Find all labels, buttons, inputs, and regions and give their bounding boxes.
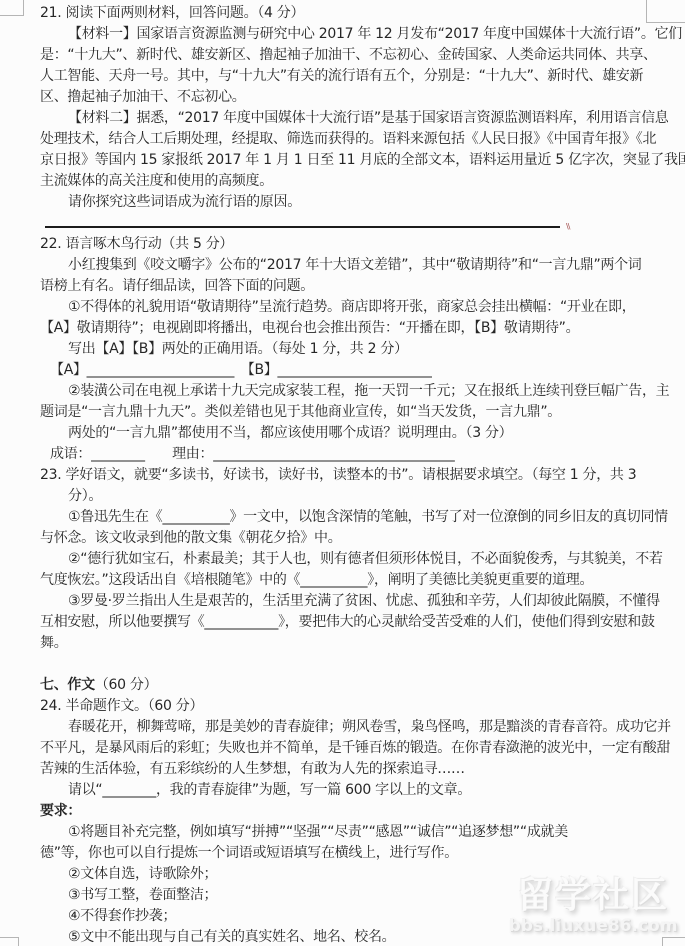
text-line: 京日报》等国内 15 家报纸 2017 年 1 月 1 日至 11 月底的全部文… — [40, 150, 655, 171]
text-line: 23. 学好语文，就要“多读书，好读书，读好书，读整本的书”。请根据要求填空。（… — [40, 465, 655, 486]
text-line: 题词是“一言九鼎十九天”。类似差错也见于其他商业宣传，如“当天发货，一言九鼎”。 — [40, 402, 655, 423]
text-line: 互相安慰，所以他要撰写《___________》，要把伟大的心灵献给受苦受难的人… — [40, 612, 655, 633]
page-frame-corner-bottom-left — [0, 937, 19, 946]
text-line: ③罗曼·罗兰指出人生是艰苦的，生活里充满了贫困、忧虑、孤独和辛劳，人们却彼此隔膜… — [40, 591, 655, 612]
text-line: ②文体自选，诗歌除外； — [40, 864, 655, 885]
text-line: 写出【A】【B】两处的正确用语。（每处 1 分，共 2 分） — [40, 339, 655, 360]
text-line: 舞。 — [40, 633, 655, 654]
text-line: ②装潢公司在电视上承诺十九天完成家装工程，拖一天罚一千元；又在报纸上连续刊登巨幅… — [40, 381, 655, 402]
text-line: 21. 阅读下面两则材料，回答问题。（4 分） — [40, 3, 655, 24]
text-line: 要求： — [40, 801, 655, 822]
text-line: 【材料一】国家语言资源监测与研究中心 2017 年 12 月发布“2017 年度… — [40, 24, 655, 45]
red-scan-mark: \\ — [566, 216, 569, 237]
page-frame-corner-bottom-right — [662, 937, 685, 946]
text-line: ⑤文中不能出现与自己有关的真实姓名、地名、校名。 — [40, 927, 655, 946]
text-line: 【材料二】据悉，“2017 年度中国媒体十大流行语”是基于国家语言资源监测语料库… — [40, 108, 655, 129]
text-line: ②“德行犹如宝石，朴素最美；其于人也，则有德者但须形体悦目，不必面貌俊秀，与其貌… — [40, 549, 655, 570]
text-line: 苦辣的生活体验，有五彩缤纷的人生梦想，有敢为人先的探索追寻…… — [40, 759, 655, 780]
text-line: 春暖花开，柳舞莺啼，那是美妙的青春旋律；朔风卷雪，枭鸟怪鸣，那是黯淡的青春音符。… — [40, 717, 655, 738]
text-line: 24. 半命题作文。（60 分） — [40, 696, 655, 717]
text-line: ③书写工整，卷面整洁； — [40, 885, 655, 906]
scanned-exam-page: 21. 阅读下面两则材料，回答问题。（4 分）【材料一】国家语言资源监测与研究中… — [0, 0, 685, 946]
blank-line — [40, 654, 655, 675]
text-line: 【A】______________________ 【B】___________… — [40, 360, 655, 381]
text-line: 成语：________ 理由：_________________________… — [40, 444, 655, 465]
text-line: 气度恢宏。”这段话出自《培根随笔》中的《__________》，阐明了美德比美貌… — [40, 570, 655, 591]
text-line: 请你探究这些词语成为流行语的原因。 — [40, 192, 655, 213]
text-line: 七、作文（60 分） — [40, 675, 655, 696]
text-line: 德”等，你也可以自行提炼一个词语或短语填写在横线上，进行写作。 — [40, 843, 655, 864]
section-heading-score: （60 分） — [95, 677, 157, 693]
text-line: 不平凡，是暴风雨后的彩虹；失败也并不简单，是千锤百炼的锻造。在你青春潋滟的波光中… — [40, 738, 655, 759]
answer-underline — [45, 226, 560, 228]
text-line: 语榜上有名。请仔细品读，回答下面的问题。 — [40, 276, 655, 297]
text-line: 22. 语言啄木鸟行动（共 5 分） — [40, 234, 655, 255]
text-line: 两处的“一言九鼎”都使用不当，都应该使用哪个成语？说明理由。（3 分） — [40, 423, 655, 444]
text-line: 请以“________，我的青春旋律”为题，写一篇 600 字以上的文章。 — [40, 780, 655, 801]
text-line: ④不得套作抄袭； — [40, 906, 655, 927]
text-line: 与怀念。该文收录到他的散文集《朝花夕拾》中。 — [40, 528, 655, 549]
exam-text-content: 21. 阅读下面两则材料，回答问题。（4 分）【材料一】国家语言资源监测与研究中… — [40, 3, 655, 946]
text-line: ①将题目补充完整，例如填写“拼搏”“坚强”“尽责”“感恩”“诚信”“追逐梦想”“… — [40, 822, 655, 843]
page-frame-corner-top-left — [0, 0, 24, 16]
text-line: 区、撸起袖子加油干、不忘初心。 — [40, 87, 655, 108]
section-heading-text: 七、作文 — [40, 677, 95, 693]
text-line: ①鲁迅先生在《__________》一文中，以饱含深情的笔触，书写了对一位潦倒的… — [40, 507, 655, 528]
text-line: ①不得体的礼貌用语“敬请期待”呈流行趋势。商店即将开张，商家总会挂出横幅：“开业… — [40, 297, 655, 318]
text-line: 【A】敬请期待”；电视剧即将播出，电视台也会推出预告：“开播在即，【B】敬请期待… — [40, 318, 655, 339]
text-line: 小红搜集到《咬文嚼字》公布的“2017 年十大语文差错”，其中“敬请期待”和“一… — [40, 255, 655, 276]
answer-rule-line: \\ — [40, 213, 655, 234]
text-line: 是：“十九大”、新时代、雄安新区、撸起袖子加油干、不忘初心、金砖国家、人类命运共… — [40, 45, 655, 66]
text-line: 分）。 — [40, 486, 655, 507]
text-line: 处理技术，结合人工后期处理，经提取、筛选而获得的。语料来源包括《人民日报》《中国… — [40, 129, 655, 150]
text-line: 主流媒体的高关注度和使用的高频度。 — [40, 171, 655, 192]
text-line: 人工智能、天舟一号。其中，与“十九大”有关的流行语有五个，分别是：“十九大”、新… — [40, 66, 655, 87]
